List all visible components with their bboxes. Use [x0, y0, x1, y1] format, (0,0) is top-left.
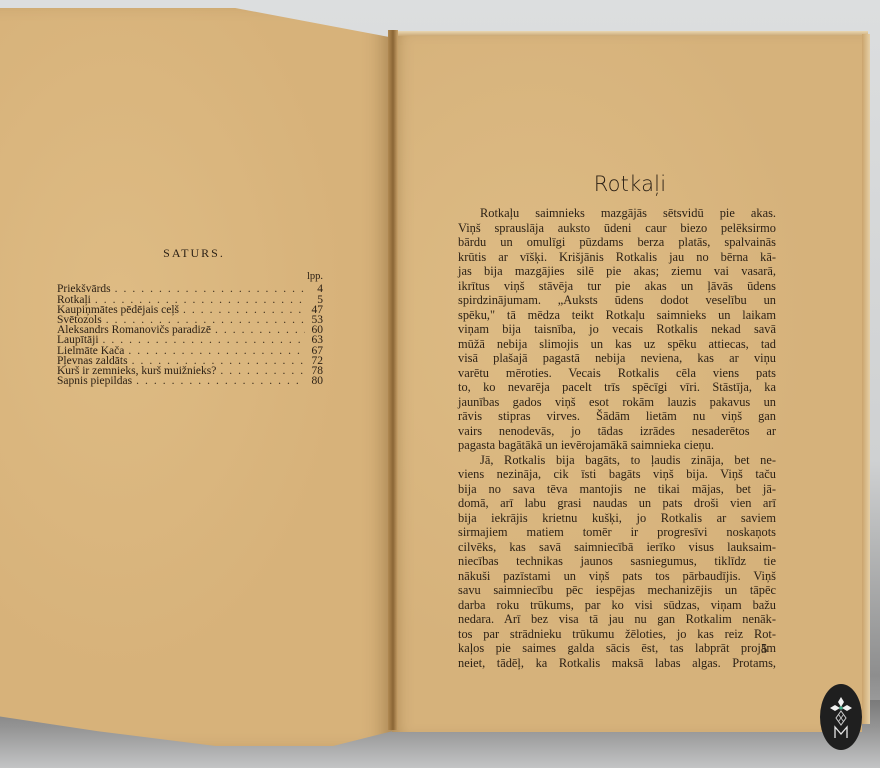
page-number: 5 [761, 642, 767, 657]
text-line: domā, arī labu grasi naudas un pats droš… [458, 496, 776, 511]
text-line: jas bija mazgājies silē pie akas; ziemu … [458, 264, 776, 279]
text-line: bija iekrājis krietnu kušķi, jo Rotkalis… [458, 511, 776, 526]
text-line: neiet, tādēļ, ka Rotkalis maksā labas al… [458, 656, 776, 671]
text-line: to, ko nevarēja pacelt trīs spēcīgi vīri… [458, 380, 776, 395]
book-gutter [388, 30, 398, 730]
text-line: spirdzinājumam. „Auksts ūdens dodot vese… [458, 293, 776, 308]
text-line: mūžā nebija slimojis un kas uz spēku att… [458, 337, 776, 352]
text-line: nedara. Arī bez visa tā jau nu gan Rotka… [458, 612, 776, 627]
toc-leader-dots: ........................................ [128, 346, 305, 356]
logo-flower-m-icon [826, 694, 856, 740]
toc-entry: Sapnis piepildas........................… [57, 376, 323, 386]
toc-leader-dots: ........................................ [115, 284, 305, 294]
text-line: pagasta bagātākā un ievērojamākā saimnie… [458, 438, 776, 453]
toc-leader-dots: ........................................ [215, 325, 305, 335]
table-of-contents: SATURS. lpp. Priekšvārds................… [57, 248, 323, 386]
toc-leader-dots: ........................................ [183, 305, 305, 315]
toc-entry-title: Sapnis piepildas [57, 376, 132, 386]
text-line: Viņš sprauslāja auksto ūdeni caur biezo … [458, 221, 776, 236]
toc-entry: Priekšvārds.............................… [57, 284, 323, 294]
toc-leader-dots: ........................................ [220, 366, 305, 376]
watermark-badge [820, 684, 862, 750]
text-line: jaunības gados viņš esot rokām lauzis pa… [458, 395, 776, 410]
text-line: bija no sava tēva mantojis ne tikai māja… [458, 482, 776, 497]
text-line: krūtis ar vīšķi. Krišjānis Rotkalis jau … [458, 250, 776, 265]
text-line: niecības technikas jaunos sasniegumus, t… [458, 554, 776, 569]
text-line: tos par strādnieku trūkumu žēloties, jo … [458, 627, 776, 642]
text-line: Jā, Rotkalis bija bagāts, to ļaudis zinā… [458, 453, 776, 468]
text-line: nākuši pazīstami un viņš pats tos pārbau… [458, 569, 776, 584]
text-line: bārdu un omulīgi pūzdams berza platās, s… [458, 235, 776, 250]
paragraph: Jā, Rotkalis bija bagāts, to ļaudis zinā… [458, 453, 776, 671]
text-line: kaļos pie saimes galda sācis ēst, tas la… [458, 641, 776, 656]
text-line: savu saimniecību pēc iespējas mechanizēj… [458, 583, 776, 598]
text-line: viens nezināja, cik īsti bagāts viņš bij… [458, 467, 776, 482]
toc-leader-dots: ........................................ [136, 376, 305, 386]
text-line: spēku," tā mēdza teikt Rotkaļu saimnieks… [458, 308, 776, 323]
text-line: cilvēks, kas savā saimniecībā ierīko vis… [458, 540, 776, 555]
toc-page-column-label: lpp. [57, 272, 323, 282]
text-line: sirmajiem matiem tomēr ir progresīvi nos… [458, 525, 776, 540]
toc-leader-dots: ........................................ [103, 335, 305, 345]
text-line: vairs nenodevās, jo tādas izrādes nesade… [458, 424, 776, 439]
chapter-title: Rotkaļi [560, 172, 700, 196]
text-line: viņam bija taisnība, jo vecais Rotkalis … [458, 322, 776, 337]
text-line: varētu mēroties. Vecais Rotkalis cēla vi… [458, 366, 776, 381]
text-line: darba roku trūkums, par ko visi sūdzas, … [458, 598, 776, 613]
text-line: Rotkaļu saimnieks mazgājās sētsvidū pie … [458, 206, 776, 221]
toc-entry-page: 80 [309, 376, 323, 386]
text-line: visā plašajā pagastā nebija neviena, kas… [458, 351, 776, 366]
toc-title: SATURS. [57, 248, 323, 258]
paragraph: Rotkaļu saimnieks mazgājās sētsvidū pie … [458, 206, 776, 453]
right-page-fore-edge [862, 34, 870, 724]
chapter-body-text: Rotkaļu saimnieks mazgājās sētsvidū pie … [458, 206, 776, 670]
text-line: rāvis stipras virves. Šādām lietām nu vi… [458, 409, 776, 424]
text-line: ikrītus viņš stāvēja tur pie akas un ļāv… [458, 279, 776, 294]
